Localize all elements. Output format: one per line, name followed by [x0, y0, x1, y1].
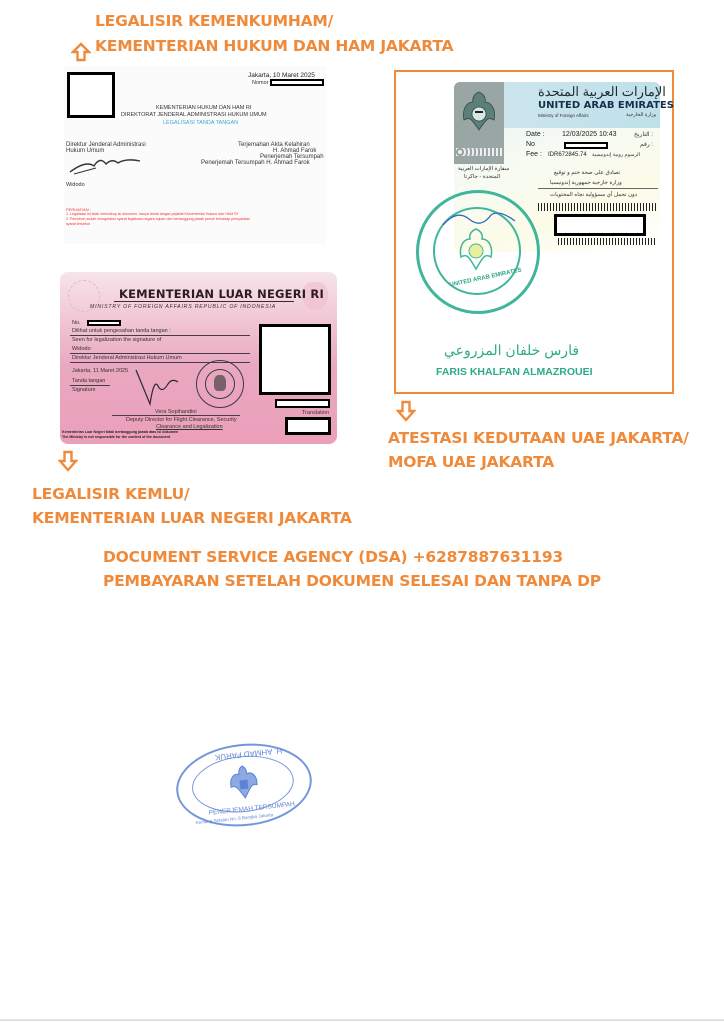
page-bottom-edge — [0, 1019, 724, 1021]
doc-header-3: LEGALISASI TANDA TANGAN — [163, 120, 238, 126]
uae-arabic-title: الإمارات العربية المتحدة — [538, 84, 666, 100]
garuda-stamp-icon — [226, 762, 262, 803]
uae-embassy-seal: UNITED ARAB EMIRATES — [416, 190, 540, 314]
no-label: No. — [72, 320, 81, 326]
tanda-tangan-label: Tanda tangan — [72, 378, 105, 384]
redacted-field — [285, 417, 331, 435]
signature-scribble — [66, 154, 146, 176]
title-underline — [114, 301, 294, 302]
signer-arabic-name: فارس خلفان المزروعي — [444, 342, 579, 359]
uae-ministry-ar: وزارة الخارجية — [626, 112, 656, 118]
divider — [70, 385, 110, 386]
kemlu-line-2: Seen for legalization the signature of — [72, 337, 161, 343]
no-label-ar: رقم : — [640, 141, 653, 148]
barcode-top — [538, 203, 656, 211]
translation-label: Translation — [302, 410, 329, 416]
divider — [112, 415, 240, 416]
redacted-nomor — [270, 79, 324, 86]
certify-ar-3: دون تحمل أي مسؤولية تجاه المحتويات — [550, 192, 637, 198]
date-label: Date : — [526, 131, 545, 138]
kemlu-subtitle: MINISTRY OF FOREIGN AFFAIRS REPUBLIC OF … — [90, 304, 276, 310]
nomor-label: Nomor — [252, 80, 269, 86]
kemlu-signature-scribble — [132, 368, 182, 408]
down-arrow-icon — [396, 400, 416, 422]
kemlu-line-4: Direktur Jenderal Administrasi Hukum Umu… — [72, 355, 182, 361]
embassy-ar-1: سفارة الإمارات العربية — [458, 166, 509, 172]
caption-kemlu-line2: KEMENTERIAN LUAR NEGERI JAKARTA — [32, 506, 352, 530]
divider — [70, 335, 250, 336]
signer-name: Widodo — [66, 182, 85, 188]
right-line-4: Penerjemah Tersumpah H. Ahmad Farok — [201, 160, 310, 166]
kemlu-line-1: Dilihat untuk pengesahan tanda tangan : — [72, 328, 171, 334]
kemlu-footer-1: Kementerian Luar Negeri tidak bertanggun… — [62, 430, 178, 434]
up-arrow-icon — [71, 42, 91, 62]
caption-kemenkumham-line2: KEMENTERIAN HUKUM DAN HAM JAKARTA — [95, 34, 453, 58]
agency-contact: DOCUMENT SERVICE AGENCY (DSA) +628788763… — [103, 545, 563, 569]
doc-date: Jakarta, 10 Maret 2025 — [248, 72, 315, 79]
barcode-bottom — [558, 238, 656, 245]
date-label-ar: التاريخ : — [634, 131, 653, 138]
certify-ar-1: تصادق على صحة ختم و توقيع — [554, 170, 620, 176]
signer-name: FARIS KHALFAN ALMAZROUEI — [436, 366, 593, 378]
doc-header-1: KEMENTERIAN HUKUM DAN HAM RI — [156, 105, 251, 111]
redacted-no — [87, 320, 121, 326]
kemlu-footer-2: The Ministry is not responsible for the … — [62, 435, 170, 439]
date-value: 12/03/2025 10:43 — [562, 131, 617, 138]
certify-ar-2: وزارة خارجية جمهورية إندونيسيا — [550, 180, 622, 186]
fee-label: Fee : — [526, 151, 542, 158]
uae-title: UNITED ARAB EMIRATES — [538, 100, 674, 111]
note-2: 2. Pemohon sudah mengetahui syarat legal… — [66, 217, 250, 221]
note-3: syarat tersebut — [66, 222, 90, 226]
kemlu-legalization-sticker: KEMENTERIAN LUAR NEGERI RI MINISTRY OF F… — [60, 272, 337, 444]
divider — [70, 353, 250, 354]
officer-position: Deputy Director for Flight Clearance, Se… — [126, 417, 237, 423]
embassy-ar-2: المتحدة - جاكرتا — [464, 174, 500, 180]
decorative-dots — [456, 148, 502, 156]
redacted-field — [275, 399, 330, 408]
note-1: 1. Legalisasi ini tidak mencakup isi dok… — [66, 212, 238, 216]
redacted-no — [564, 142, 608, 149]
redacted-photo-box — [67, 72, 115, 118]
fee-label-ar: الرسوم روبية إندونيسية — [592, 152, 640, 158]
uae-falcon-seal-icon — [457, 227, 495, 273]
down-arrow-icon — [58, 450, 78, 472]
uae-ministry: Ministry of Foreign Affairs — [538, 113, 589, 118]
redacted-photo-box — [259, 324, 331, 395]
garuda-icon — [214, 375, 226, 391]
kemlu-seal-stamp — [196, 360, 244, 408]
signature-label: Signature — [72, 387, 96, 393]
redacted-barcode-number — [554, 214, 646, 236]
kemlu-title: KEMENTERIAN LUAR NEGERI RI — [119, 287, 324, 301]
doc-header-2: DIREKTORAT JENDERAL ADMINISTRASI HUKUM U… — [121, 112, 267, 118]
caption-uae-line2: MOFA UAE JAKARTA — [388, 450, 554, 474]
fee-value: IDR672845.74 — [548, 152, 587, 158]
kemlu-date: Jakarta, 11 Maret 2025 — [72, 368, 128, 374]
caption-kemlu-line1: LEGALISIR KEMLU/ — [32, 482, 189, 506]
caption-kemenkumham-line1: LEGALISIR KEMENKUMHAM/ — [95, 9, 333, 33]
no-label: No — [526, 141, 535, 148]
agency-payment-note: PEMBAYARAN SETELAH DOKUMEN SELESAI DAN T… — [103, 569, 601, 593]
translator-stamp: H. AHMAD FARUK PENERJEMAH TERSUMPAH Kema… — [172, 737, 316, 833]
uae-attestation-box: الإمارات العربية المتحدة UNITED ARAB EMI… — [394, 70, 674, 394]
uae-falcon-emblem-icon — [460, 90, 498, 132]
emblem-panel — [454, 82, 504, 164]
kemlu-line-3: Widodo — [72, 346, 91, 352]
divider — [538, 188, 658, 189]
caption-uae-line1: ATESTASI KEDUTAAN UAE JAKARTA/ — [388, 426, 689, 450]
kemenkumham-legalization-document: Jakarta, 10 Maret 2025 Nomor KEMENTERIAN… — [64, 66, 326, 244]
seal-signature-scribble — [439, 207, 519, 233]
